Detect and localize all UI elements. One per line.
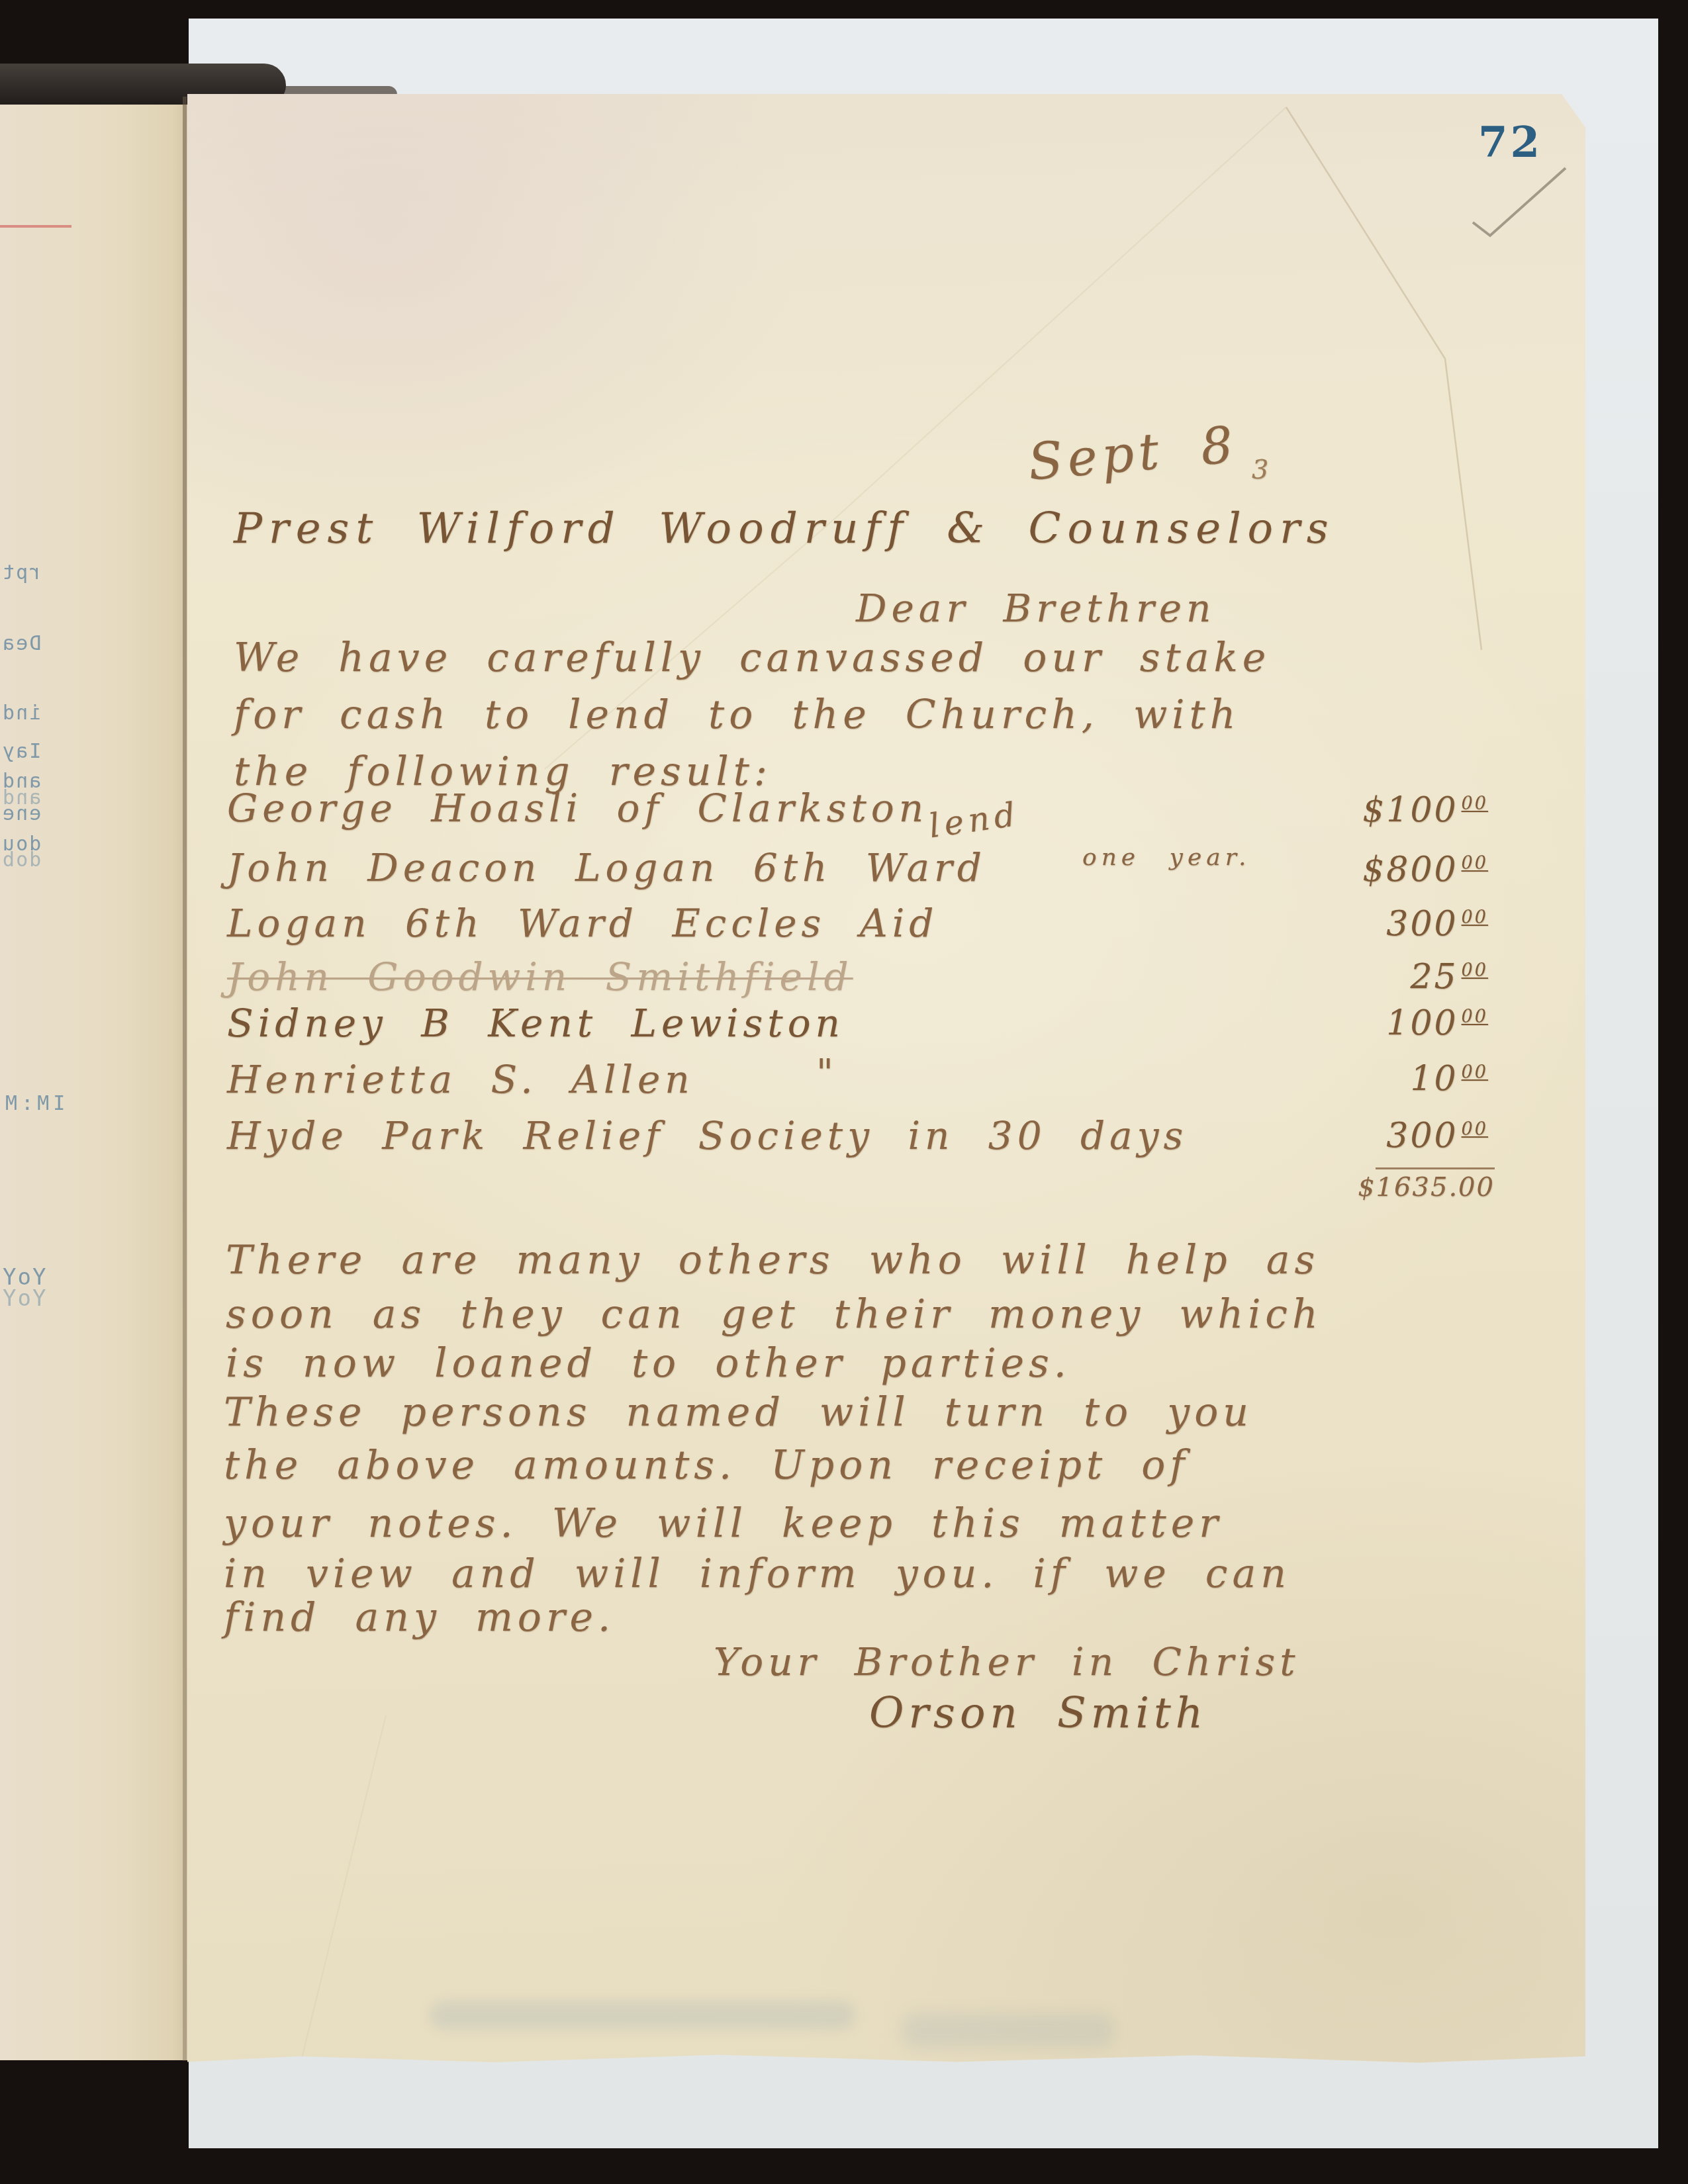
page-gutter: [183, 97, 187, 2061]
pledge-name-struck-through: John Goodwin Smithfield: [227, 958, 853, 996]
pledge-amount: 2500: [1260, 960, 1488, 994]
closing-line: Your Brother in Christ: [714, 1643, 1300, 1681]
body-line: These persons named will turn to you: [224, 1392, 1253, 1432]
pledge-amount: 1000: [1260, 1062, 1488, 1096]
body-line: is now loaned to other parties.: [226, 1343, 1071, 1383]
signature: Orson Smith: [869, 1692, 1207, 1735]
book-left-page: rpt Dea ind Iay and and ene dou dob IM:M…: [0, 98, 187, 2060]
amount-cents: 00: [1462, 1119, 1488, 1140]
amount-cents: 00: [1462, 853, 1488, 874]
amount-dollars: 300: [1386, 904, 1458, 944]
pledge-name: Hyde Park Relief Society in 30 days: [227, 1116, 1188, 1155]
amount-cents: 00: [1462, 1062, 1488, 1083]
pencil-check-mark: [1465, 159, 1577, 245]
pledge-amount: $80000: [1260, 852, 1488, 887]
body-line: soon as they can get their money which: [226, 1295, 1323, 1334]
amount-cents: 00: [1462, 907, 1488, 928]
bleed-through-text: ene: [1, 802, 41, 825]
body-line: for cash to lend to the Church, with: [234, 695, 1240, 735]
bleed-through-text: YoY: [1, 1285, 46, 1312]
body-line: your notes. We will keep this matter: [224, 1504, 1223, 1543]
amount-dollars: 100: [1386, 1003, 1458, 1043]
amount-dollars: $100: [1362, 790, 1458, 830]
pledge-note: lend: [927, 797, 1021, 843]
pledge-total: $1635.00: [1253, 1174, 1495, 1201]
amount-dollars: 25: [1410, 957, 1458, 997]
bleed-through-text: rpt: [1, 561, 41, 584]
greeting: Dear Brethren: [856, 589, 1215, 627]
amount-cents: 00: [1462, 960, 1488, 981]
amount-dollars: 10: [1410, 1059, 1458, 1099]
bleed-through-text: ind: [1, 702, 41, 725]
letter-page: 72 Sept 8 3 Prest Wilford Woodruff & Cou…: [187, 94, 1585, 2066]
bleed-through-smudge: [902, 2013, 1114, 2048]
pledge-amount: 10000: [1260, 1006, 1488, 1040]
pledge-name: John Deacon Logan 6th Ward: [227, 848, 986, 887]
margin-note: 3: [1252, 457, 1273, 483]
ditto-mark: ": [816, 1055, 838, 1092]
pledge-amount: 30000: [1260, 1118, 1488, 1153]
letter-date: Sept 8: [1026, 419, 1239, 487]
body-line: in view and will inform you. if we can: [224, 1554, 1291, 1594]
bleed-through-smudge: [430, 2001, 854, 2029]
total-rule: [1376, 1167, 1495, 1169]
body-line: the above amounts. Upon receipt of: [224, 1445, 1189, 1485]
amount-dollars: $800: [1362, 850, 1458, 889]
amount-dollars: 300: [1386, 1116, 1458, 1156]
pledge-name: Logan 6th Ward Eccles Aid: [227, 904, 938, 942]
pledge-note: one year.: [1082, 846, 1250, 870]
bleed-through-text: dob: [1, 848, 41, 872]
pledge-amount: $10000: [1260, 793, 1488, 827]
red-margin-rule: [0, 225, 71, 228]
body-line: There are many others who will help as: [226, 1240, 1319, 1280]
scan-background: { "page_number": "72", "left_page": { "f…: [0, 0, 1688, 2184]
bleed-through-text: IM:M: [1, 1092, 65, 1115]
amount-cents: 00: [1462, 794, 1488, 814]
bleed-through-text: Dea: [1, 632, 41, 655]
pledge-name: Sidney B Kent Lewiston: [227, 1004, 845, 1042]
pledge-name: George Hoasli of Clarkston: [227, 789, 928, 827]
pledge-amount: 30000: [1260, 907, 1488, 941]
bleed-through-text: Iay: [1, 740, 41, 763]
salutation: Prest Wilford Woodruff & Counselors: [234, 508, 1335, 550]
body-line: We have carefully canvassed our stake: [234, 638, 1270, 678]
pledge-name: Henrietta S. Allen: [227, 1060, 694, 1099]
body-line: find any more.: [224, 1598, 615, 1637]
amount-cents: 00: [1462, 1007, 1488, 1027]
